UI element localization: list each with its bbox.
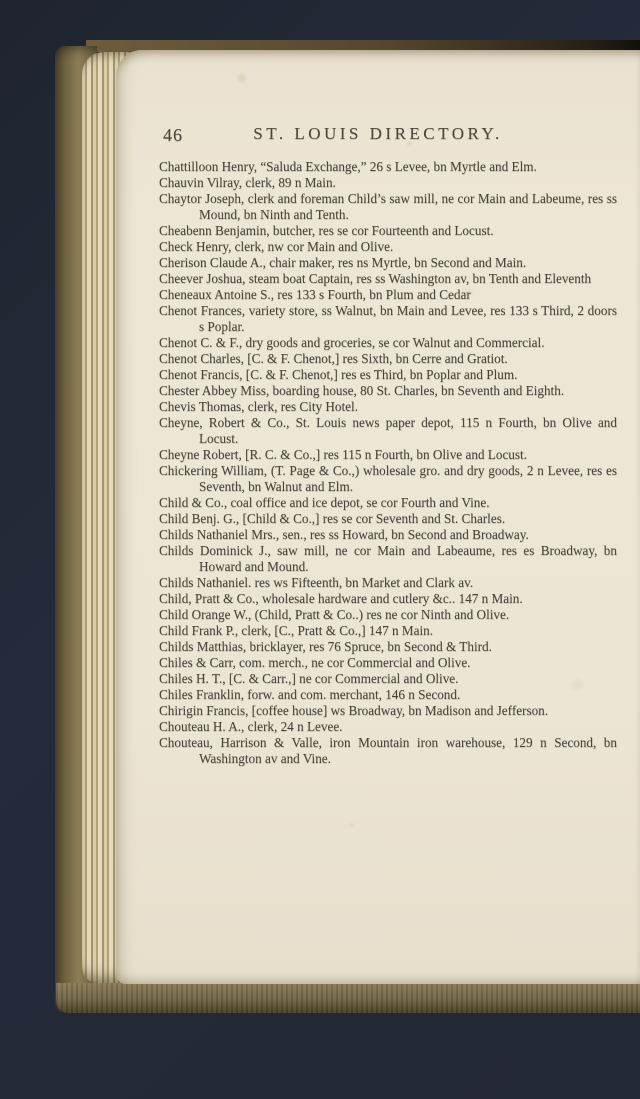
directory-entry: Cheabenn Benjamin, butcher, res se cor F… <box>159 223 617 239</box>
directory-entry: Chattilloon Henry, “Saluda Exchange,” 26… <box>159 159 617 175</box>
book-cover-bottom-edge <box>56 983 640 1013</box>
directory-entry: Chester Abbey Miss, boarding house, 80 S… <box>159 383 617 399</box>
directory-entry: Cheyne Robert, [R. C. & Co.,] res 115 n … <box>159 447 617 463</box>
directory-entry: Child & Co., coal office and ice depot, … <box>159 495 617 511</box>
page-head: 46 ST. LOUIS DIRECTORY. <box>116 124 640 150</box>
directory-entry: Chaytor Joseph, clerk and foreman Child’… <box>159 191 617 223</box>
page-header: ST. LOUIS DIRECTORY. <box>116 124 640 144</box>
directory-entry: Child Benj. G., [Child & Co.,] res se co… <box>159 511 617 527</box>
directory-entry: Cheneaux Antoine S., res 133 s Fourth, b… <box>159 287 617 303</box>
directory-entry: Child Orange W., (Child, Pratt & Co..) r… <box>159 607 617 623</box>
directory-entry: Child, Pratt & Co., wholesale hardware a… <box>159 591 617 607</box>
directory-entry: Chenot Francis, [C. & F. Chenot,] res es… <box>159 367 617 383</box>
photo-background: 46 ST. LOUIS DIRECTORY. Chattilloon Henr… <box>0 0 640 1099</box>
directory-entry: Chiles & Carr, com. merch., ne cor Comme… <box>159 655 617 671</box>
directory-entries: Chattilloon Henry, “Saluda Exchange,” 26… <box>116 159 640 767</box>
directory-entry: Cherison Claude A., chair maker, res ns … <box>159 255 617 271</box>
directory-entry: Childs Dominick J., saw mill, ne cor Mai… <box>159 543 617 575</box>
directory-entry: Childs Matthias, bricklayer, res 76 Spru… <box>159 639 617 655</box>
directory-entry: Chenot Charles, [C. & F. Chenot,] res Si… <box>159 351 617 367</box>
directory-entry: Childs Nathaniel Mrs., sen., res ss Howa… <box>159 527 617 543</box>
directory-entry: Childs Nathaniel. res ws Fifteenth, bn M… <box>159 575 617 591</box>
directory-entry: Chouteau, Harrison & Valle, iron Mountai… <box>159 735 617 767</box>
directory-entry: Chenot C. & F., dry goods and groceries,… <box>159 335 617 351</box>
directory-entry: Check Henry, clerk, nw cor Main and Oliv… <box>159 239 617 255</box>
directory-entry: Cheever Joshua, steam boat Captain, res … <box>159 271 617 287</box>
directory-entry: Child Frank P., clerk, [C., Pratt & Co.,… <box>159 623 617 639</box>
book-page: 46 ST. LOUIS DIRECTORY. Chattilloon Henr… <box>116 50 640 984</box>
directory-entry: Chouteau H. A., clerk, 24 n Levee. <box>159 719 617 735</box>
directory-entry: Chickering William, (T. Page & Co.,) who… <box>159 463 617 495</box>
directory-entry: Chevis Thomas, clerk, res City Hotel. <box>159 399 617 415</box>
directory-entry: Chiles Franklin, forw. and com. merchant… <box>159 687 617 703</box>
directory-entry: Chauvin Vilray, clerk, 89 n Main. <box>159 175 617 191</box>
directory-entry: Chenot Frances, variety store, ss Walnut… <box>159 303 617 335</box>
directory-entry: Chiles H. T., [C. & Carr.,] ne cor Comme… <box>159 671 617 687</box>
directory-entry: Chirigin Francis, [coffee house] ws Broa… <box>159 703 617 719</box>
directory-entry: Cheyne, Robert & Co., St. Louis news pap… <box>159 415 617 447</box>
page-number: 46 <box>163 125 183 146</box>
